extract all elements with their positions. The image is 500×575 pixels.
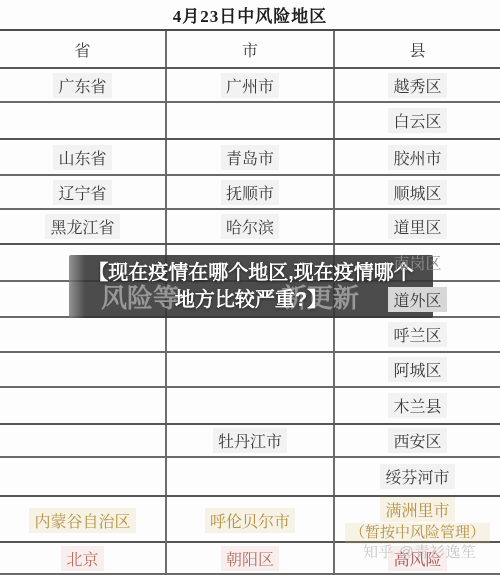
table-row: 内蒙谷自治区 呼伦贝尔市 满洲里市 （暂按中风险管理） bbox=[0, 497, 500, 543]
page-title: 4月23日中风险地区 bbox=[0, 0, 500, 31]
table-row: 牡丹江市 西安区 bbox=[0, 425, 500, 458]
cell-city bbox=[165, 353, 333, 386]
header-province: 省 bbox=[0, 31, 165, 67]
cell-text: 广东省 bbox=[53, 73, 111, 98]
cell-province: 山东省 bbox=[0, 140, 165, 174]
cell-province: 广东省 bbox=[0, 69, 165, 101]
cell-text: 抚顺市 bbox=[221, 180, 279, 205]
cell-city bbox=[165, 103, 333, 138]
table-row: 辽宁省 抚顺市 顺城区 bbox=[0, 176, 500, 210]
table-body: 广东省 广州市 越秀区 白云区 山东省 青岛市 胶州市 bbox=[0, 69, 500, 575]
cell-county: 顺城区 bbox=[333, 176, 500, 208]
cell-province bbox=[0, 318, 165, 351]
cell-province bbox=[0, 425, 165, 456]
cell-city: 青岛市 bbox=[165, 140, 333, 174]
cell-text: 辽宁省 bbox=[53, 180, 111, 205]
cell-county: 呼兰区 bbox=[333, 318, 500, 351]
table-row: 阿城区 bbox=[0, 353, 500, 388]
cell-county: 绥芬河市 bbox=[333, 458, 500, 495]
cell-text: 南岗区 bbox=[388, 250, 446, 275]
header-county: 县 bbox=[333, 31, 500, 67]
table-row: 黑龙江省 哈尔滨 道里区 bbox=[0, 210, 500, 245]
cell-province bbox=[0, 388, 165, 423]
cell-city: 哈尔滨 bbox=[165, 210, 333, 243]
cell-province bbox=[0, 103, 165, 138]
cell-city bbox=[165, 318, 333, 351]
cell-province bbox=[0, 458, 165, 495]
cell-city: 牡丹江市 bbox=[165, 425, 333, 456]
table-row: 木兰县 bbox=[0, 388, 500, 425]
risk-area-table-screenshot: 4月23日中风险地区 省 市 县 广东省 广州市 越秀区 白云区 山东省 bbox=[0, 0, 500, 575]
cell-text: 黑龙江省 bbox=[45, 214, 119, 239]
cell-province bbox=[0, 353, 165, 386]
cell-text: 北京 bbox=[61, 546, 103, 571]
caption-overlay: 风险等 新更新 【现在疫情在哪个地区,现在疫情哪个 地方比较严重?】 bbox=[69, 255, 433, 318]
cell-text: 白云区 bbox=[388, 108, 446, 133]
watermark: 知乎 @青衫逸笙 bbox=[363, 541, 476, 562]
cell-city: 抚顺市 bbox=[165, 176, 333, 208]
cell-text: 顺城区 bbox=[388, 180, 446, 205]
table-row: 山东省 青岛市 胶州市 bbox=[0, 140, 500, 176]
cell-city: 广州市 bbox=[165, 69, 333, 101]
cell-county: 满洲里市 （暂按中风险管理） bbox=[333, 497, 500, 544]
cell-county: 白云区 bbox=[333, 103, 500, 138]
cell-text: 胶州市 bbox=[388, 145, 446, 170]
cell-text: 内蒙谷自治区 bbox=[29, 508, 135, 533]
cell-text: 呼伦贝尔市 bbox=[205, 508, 295, 533]
header-city: 市 bbox=[165, 31, 333, 67]
cell-county: 西安区 bbox=[333, 425, 500, 456]
cell-text: 越秀区 bbox=[388, 73, 446, 98]
cell-text: 道里区 bbox=[388, 214, 446, 239]
cell-city bbox=[165, 388, 333, 423]
cell-province: 北京 bbox=[0, 543, 165, 573]
cell-text: 满洲里市 bbox=[380, 497, 454, 522]
cell-county: 道里区 bbox=[333, 210, 500, 243]
cell-city bbox=[165, 458, 333, 495]
cell-text: 绥芬河市 bbox=[380, 464, 454, 489]
cell-county: 越秀区 bbox=[333, 69, 500, 101]
cell-text: 朝阳区 bbox=[221, 546, 279, 571]
cell-province: 黑龙江省 bbox=[0, 210, 165, 243]
cell-county: 阿城区 bbox=[333, 353, 500, 386]
table-row: 呼兰区 bbox=[0, 318, 500, 353]
cell-province: 辽宁省 bbox=[0, 176, 165, 208]
cell-text: 青岛市 bbox=[221, 145, 279, 170]
cell-text: 西安区 bbox=[388, 428, 446, 453]
table-row: 绥芬河市 bbox=[0, 458, 500, 497]
cell-text: 呼兰区 bbox=[388, 322, 446, 347]
cell-text: 道外区 bbox=[388, 287, 446, 312]
cell-city: 呼伦贝尔市 bbox=[165, 497, 333, 544]
table-header-row: 省 市 县 bbox=[0, 31, 500, 69]
cell-county: 胶州市 bbox=[333, 140, 500, 174]
table-row: 广东省 广州市 越秀区 bbox=[0, 69, 500, 103]
cell-text: 广州市 bbox=[221, 73, 279, 98]
caption-line-1: 【现在疫情在哪个地区,现在疫情哪个 bbox=[69, 260, 433, 287]
cell-text: 哈尔滨 bbox=[221, 214, 279, 239]
cell-city: 朝阳区 bbox=[165, 543, 333, 573]
cell-text: 山东省 bbox=[53, 145, 111, 170]
cell-text: 阿城区 bbox=[388, 357, 446, 382]
cell-text: 牡丹江市 bbox=[213, 428, 287, 453]
caption-line-2: 地方比较严重?】 bbox=[69, 287, 433, 314]
cell-text: 木兰县 bbox=[388, 393, 446, 418]
cell-province: 内蒙谷自治区 bbox=[0, 497, 165, 544]
table-row: 白云区 bbox=[0, 103, 500, 140]
cell-county: 木兰县 bbox=[333, 388, 500, 423]
